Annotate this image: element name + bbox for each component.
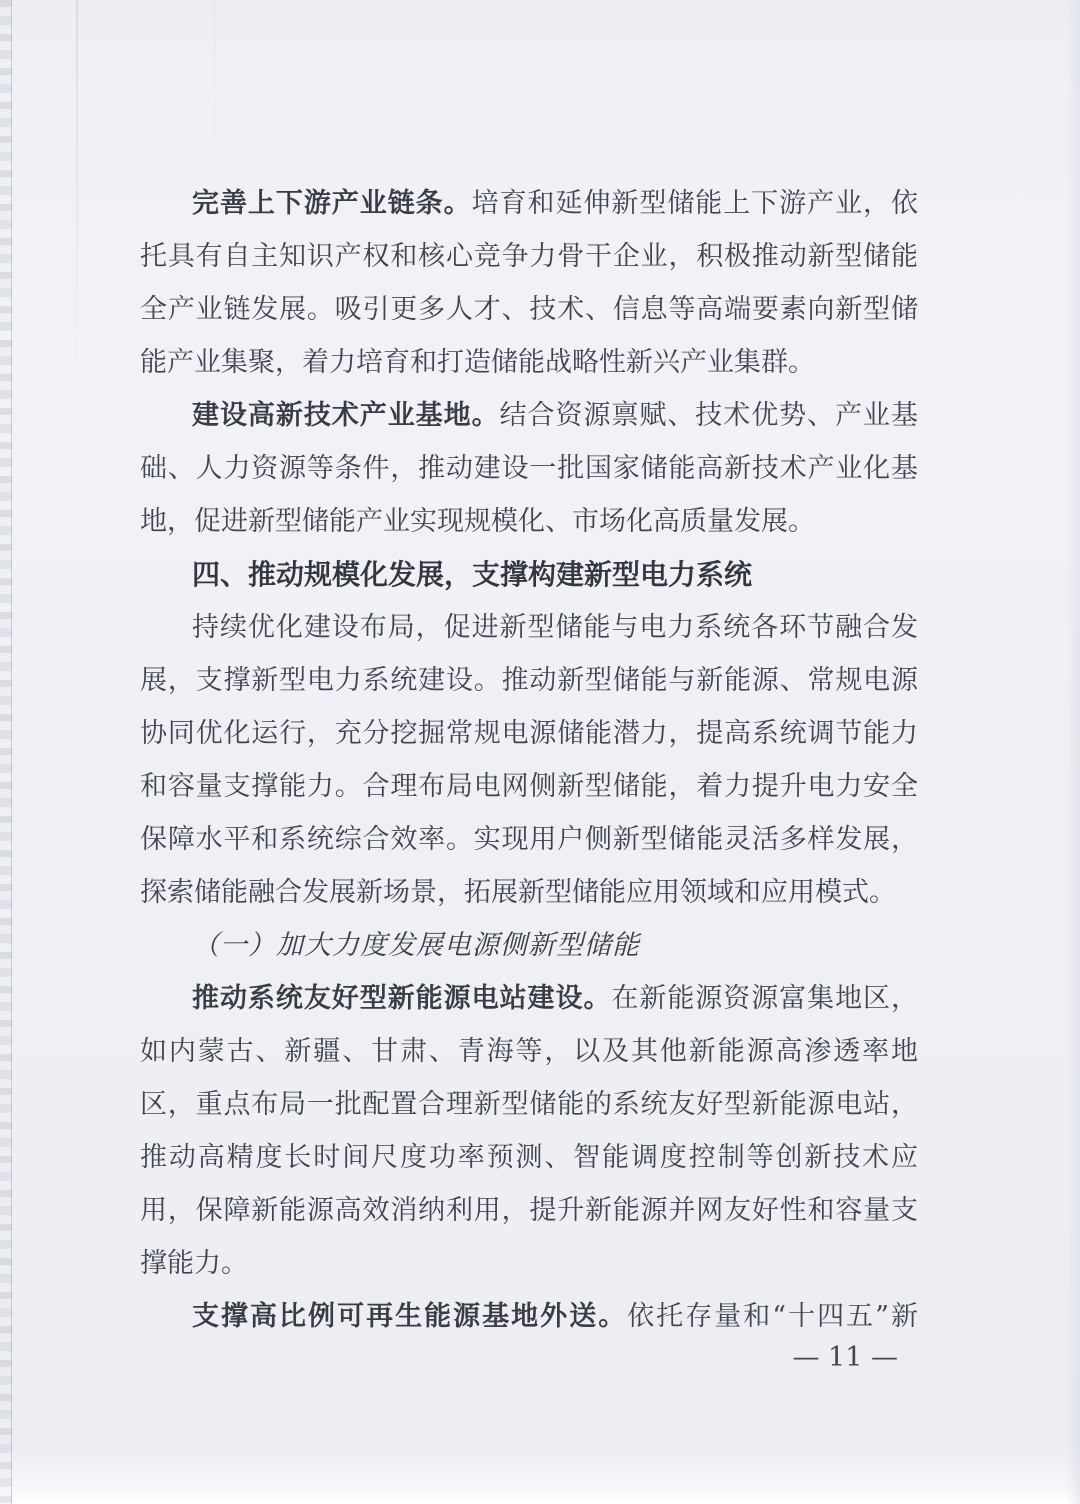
line-text: 持续优化建设布局，促进新型储能与电力系统各环节融合发 (192, 612, 918, 643)
text-line: 撑能力。 (140, 1237, 918, 1290)
bold-lead-text: 支撑高比例可再生能源基地外送。 (192, 1301, 627, 1332)
bold-lead-text: 建设高新技术产业基地。 (192, 400, 500, 431)
text-line: 础、人力资源等条件，推动建设一批国家储能高新技术产业化基 (140, 442, 918, 495)
line-text: 探索储能融合发展新场景，拓展新型储能应用领域和应用模式。 (140, 877, 896, 908)
text-line: 全产业链发展。吸引更多人才、技术、信息等高端要素向新型储 (140, 283, 918, 336)
line-text: 础、人力资源等条件，推动建设一批国家储能高新技术产业化基 (140, 453, 918, 484)
line-text: 培育和延伸新型储能上下游产业，依 (472, 188, 918, 219)
text-line: 持续优化建设布局，促进新型储能与电力系统各环节融合发 (140, 601, 918, 654)
text-line: 用，保障新能源高效消纳利用，提升新能源并网友好性和容量支 (140, 1184, 918, 1237)
text-line: 建设高新技术产业基地。结合资源禀赋、技术优势、产业基 (140, 389, 918, 442)
bold-lead-text: 推动系统友好型新能源电站建设。 (192, 983, 611, 1014)
line-text: 在新能源资源富集地区， (611, 983, 918, 1014)
text-line: 托具有自主知识产权和核心竞争力骨干企业，积极推动新型储能 (140, 230, 918, 283)
paper-fold-line (214, 0, 215, 160)
line-text: 协同优化运行，充分挖掘常规电源储能潜力，提高系统调节能力 (140, 718, 918, 749)
line-text: 如内蒙古、新疆、甘肃、青海等，以及其他新能源高渗透率地 (140, 1036, 918, 1067)
text-line: 推动系统友好型新能源电站建设。在新能源资源富集地区， (140, 972, 918, 1025)
subsection-heading: （一）加大力度发展电源侧新型储能 (140, 919, 918, 972)
text-line: 完善上下游产业链条。培育和延伸新型储能上下游产业，依 (140, 177, 918, 230)
line-text: 区，重点布局一批配置合理新型储能的系统友好型新能源电站， (140, 1089, 918, 1120)
text-line: 推动高精度长时间尺度功率预测、智能调度控制等创新技术应 (140, 1131, 918, 1184)
section-heading: 四、推动规模化发展，支撑构建新型电力系统 (140, 548, 918, 601)
paper-fold-line (76, 0, 78, 380)
text-line: 区，重点布局一批配置合理新型储能的系统友好型新能源电站， (140, 1078, 918, 1131)
text-line: 协同优化运行，充分挖掘常规电源储能潜力，提高系统调节能力 (140, 707, 918, 760)
line-text: 撑能力。 (140, 1248, 248, 1279)
text-line: 展，支撑新型电力系统建设。推动新型储能与新能源、常规电源 (140, 654, 918, 707)
line-text: 结合资源禀赋、技术优势、产业基 (500, 400, 918, 431)
line-text: 和容量支撑能力。合理布局电网侧新型储能，着力提升电力安全 (140, 771, 918, 802)
line-text: 地，促进新型储能产业实现规模化、市场化高质量发展。 (140, 506, 815, 537)
line-text: 用，保障新能源高效消纳利用，提升新能源并网友好性和容量支 (140, 1195, 918, 1226)
line-text: 保障水平和系统综合效率。实现用户侧新型储能灵活多样发展， (140, 824, 918, 855)
document-body: 完善上下游产业链条。培育和延伸新型储能上下游产业，依 托具有自主知识产权和核心竞… (140, 177, 918, 1343)
text-line: 和容量支撑能力。合理布局电网侧新型储能，着力提升电力安全 (140, 760, 918, 813)
text-line: 如内蒙古、新疆、甘肃、青海等，以及其他新能源高渗透率地 (140, 1025, 918, 1078)
line-text: 能产业集聚，着力培育和打造储能战略性新兴产业集群。 (140, 347, 815, 378)
section-heading-text: 四、推动规模化发展，支撑构建新型电力系统 (192, 558, 752, 591)
subsection-heading-text: （一）加大力度发展电源侧新型储能 (192, 930, 640, 961)
text-line: 保障水平和系统综合效率。实现用户侧新型储能灵活多样发展， (140, 813, 918, 866)
line-text: 依托存量和“十四五”新 (627, 1301, 918, 1332)
text-line: 能产业集聚，着力培育和打造储能战略性新兴产业集群。 (140, 336, 918, 389)
scan-edge-artifact (0, 0, 12, 1504)
line-text: 托具有自主知识产权和核心竞争力骨干企业，积极推动新型储能 (140, 241, 918, 272)
bold-lead-text: 完善上下游产业链条。 (192, 188, 472, 219)
document-page: 完善上下游产业链条。培育和延伸新型储能上下游产业，依 托具有自主知识产权和核心竞… (0, 0, 1080, 1504)
text-line: 地，促进新型储能产业实现规模化、市场化高质量发展。 (140, 495, 918, 548)
line-text: 全产业链发展。吸引更多人才、技术、信息等高端要素向新型储 (140, 294, 918, 325)
text-line: 探索储能融合发展新场景，拓展新型储能应用领域和应用模式。 (140, 866, 918, 919)
line-text: 展，支撑新型电力系统建设。推动新型储能与新能源、常规电源 (140, 665, 918, 696)
line-text: 推动高精度长时间尺度功率预测、智能调度控制等创新技术应 (140, 1142, 918, 1173)
page-number: — 11 — (140, 1331, 898, 1384)
scan-edge-artifact (1066, 0, 1080, 1504)
